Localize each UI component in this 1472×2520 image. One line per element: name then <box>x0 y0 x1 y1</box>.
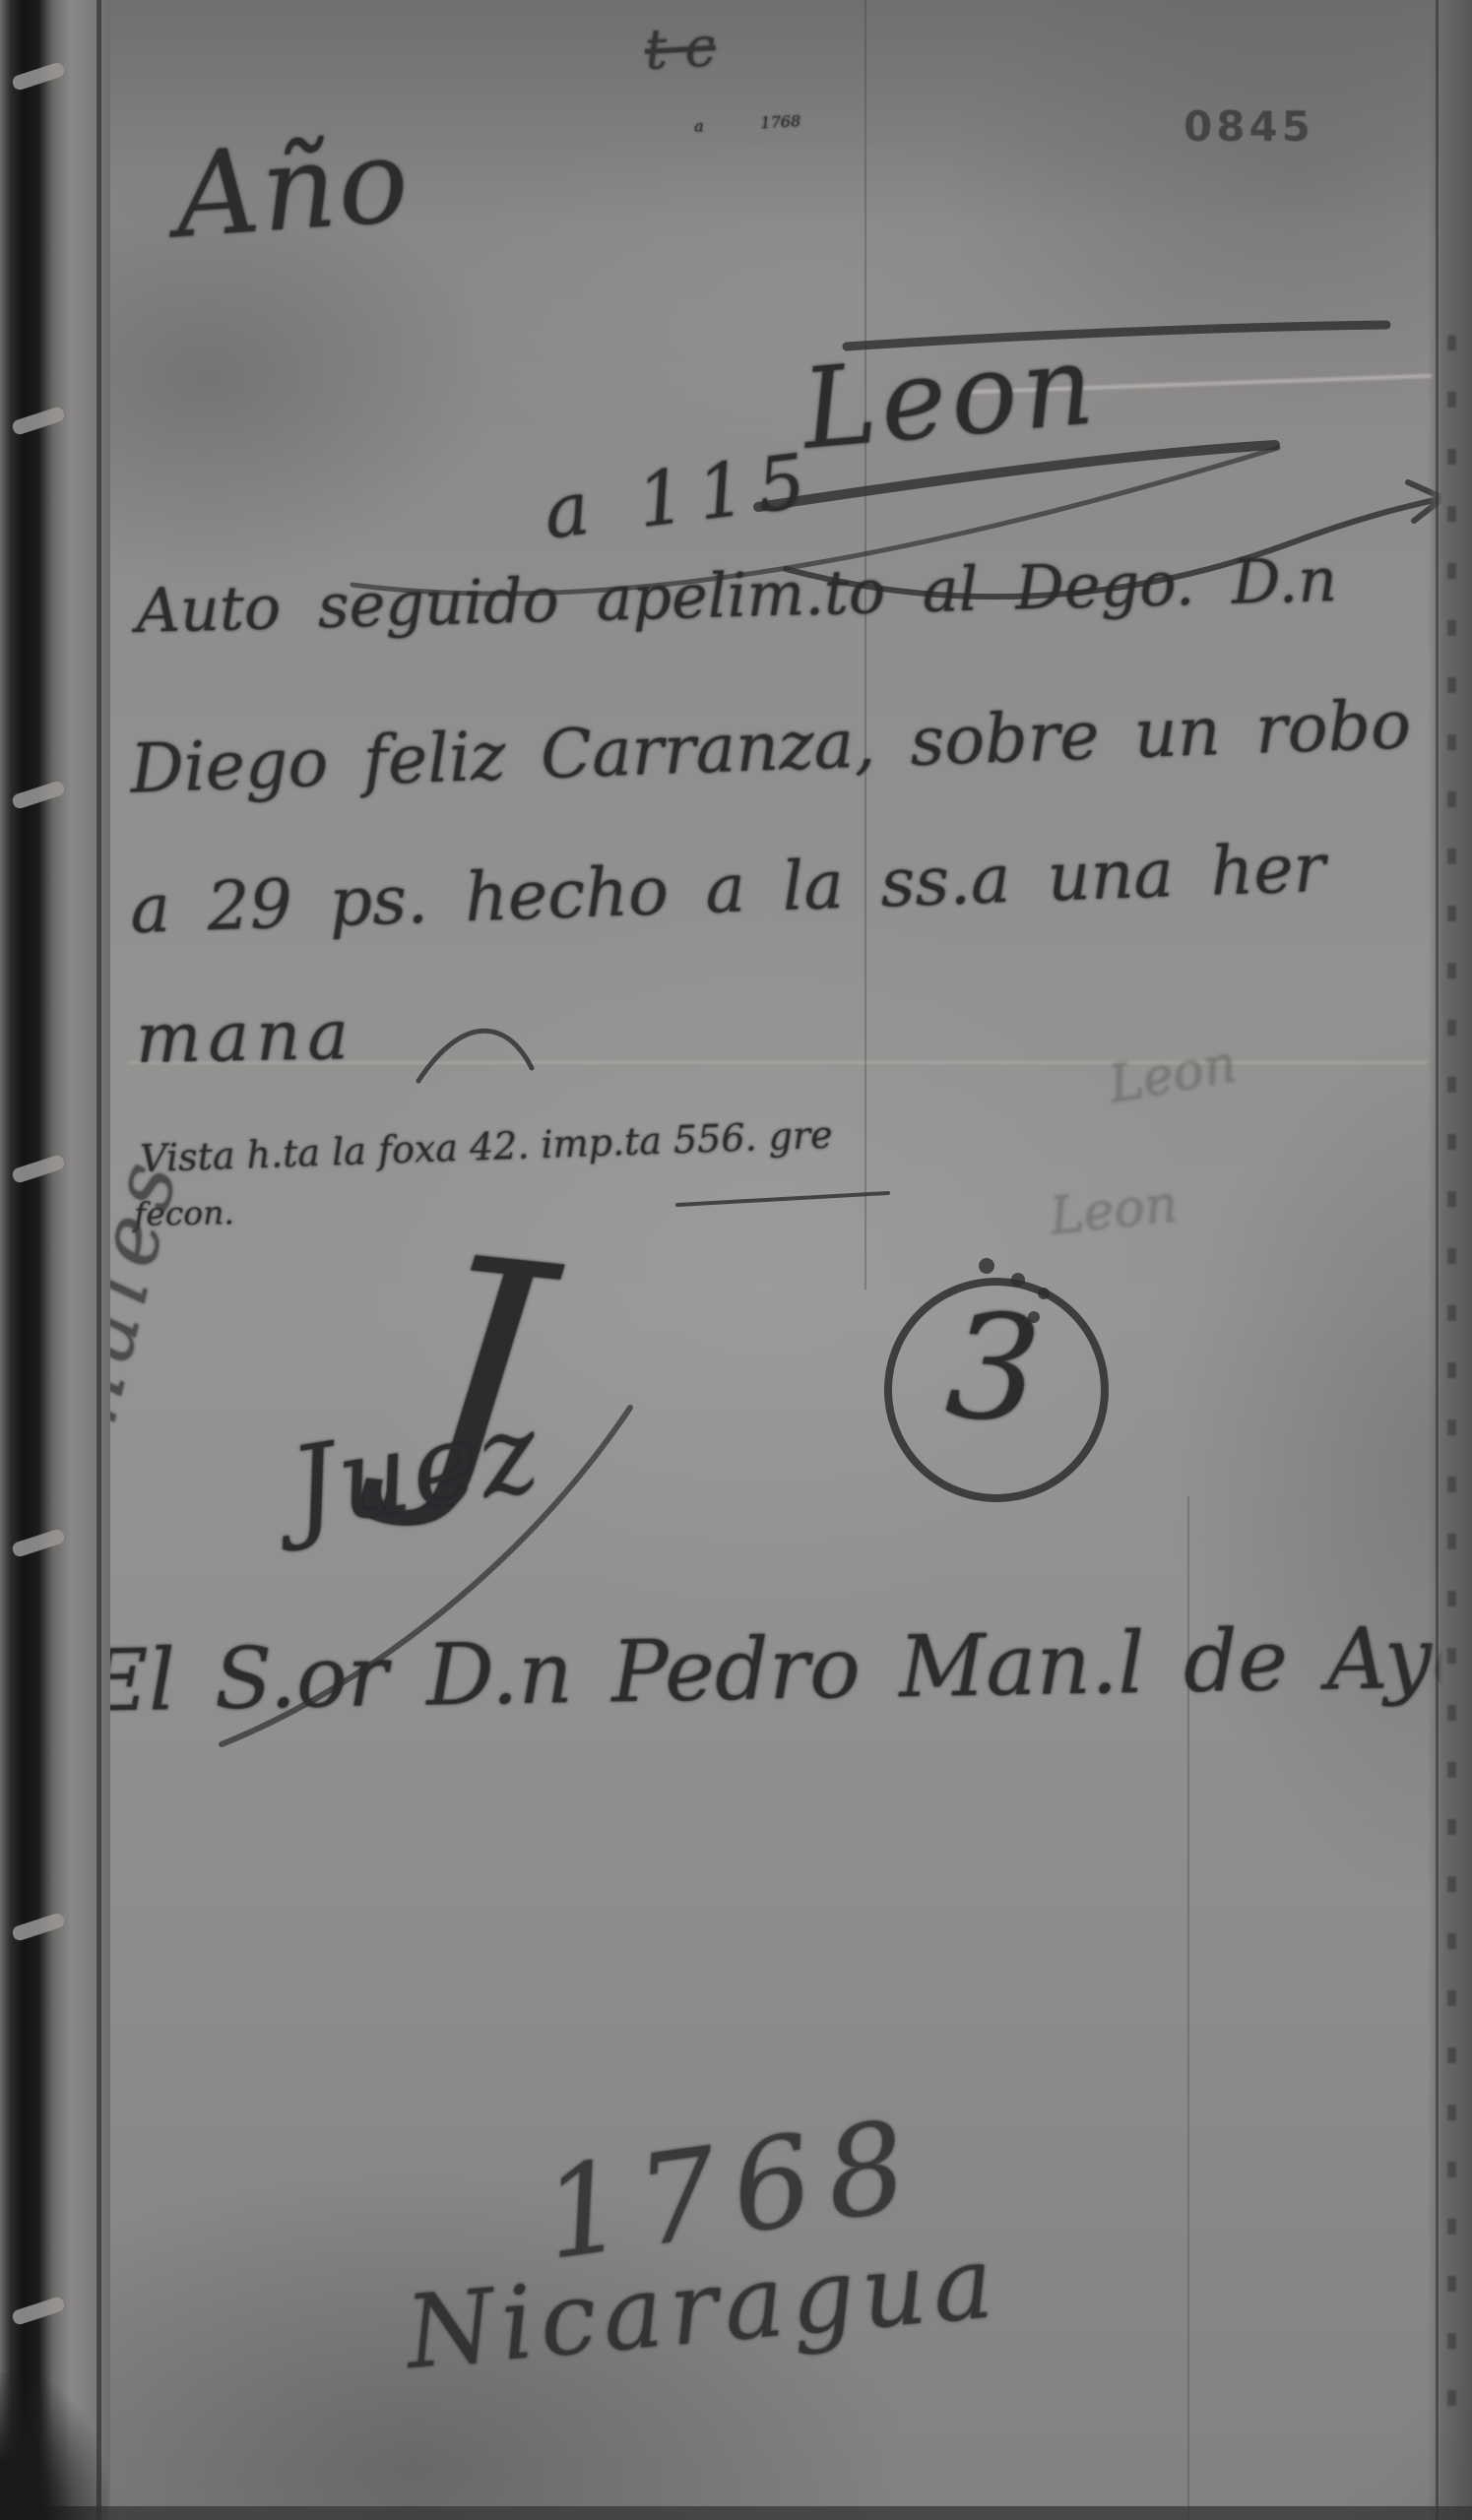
folio-number-stamp: 0845 <box>1184 106 1314 148</box>
top-margin-scribble: t c <box>644 20 718 79</box>
binding-stitch <box>11 61 66 92</box>
judge-name-line: El S.or D.n Pedro Man.l de Ayerdi- <box>86 1612 1472 1724</box>
right-edge-ink-marks <box>1447 335 1456 2441</box>
case-summary-line-4: mana <box>135 1000 355 1073</box>
place-heading: Leon <box>799 330 1103 466</box>
clerk-cost-note-line-1: Vista h.ta la foxa 42. imp.ta 556. gre <box>140 1116 834 1178</box>
bottom-place-name: Nicaragua <box>403 2233 1004 2384</box>
year-heading-word: Año <box>171 122 414 254</box>
spine-rule-line <box>96 0 101 2520</box>
binding-stitch <box>11 780 66 810</box>
binding-stitch <box>11 2296 66 2326</box>
binding-stitch <box>11 1912 66 1942</box>
vertical-fold-crease-top <box>864 0 866 1290</box>
year-heading-value: a 1768 <box>694 113 801 135</box>
bottom-edge-shadow <box>0 2506 1472 2520</box>
case-summary-line-1: Auto seguido apelim.to al Dego. D.n <box>135 549 1337 642</box>
binding-stitch <box>11 406 66 436</box>
ink-bleedthrough-word: Leon <box>1048 1178 1181 1242</box>
year-prefix-letter: a <box>694 118 704 134</box>
ink-bleedthrough-word: Leon <box>1105 1039 1240 1111</box>
case-summary-line-3: a 29 ps. hecho a la ss.a una her <box>129 836 1326 944</box>
bottom-left-corner-shadow <box>0 2372 108 2520</box>
case-summary-line-2: Diego feliz Carranza, sobre un robo <box>129 692 1412 803</box>
year-digits: 1768 <box>760 113 801 131</box>
binding-stitch <box>11 1528 66 1558</box>
amount-underline-stroke <box>677 1193 888 1205</box>
mana-tail-stroke <box>418 1031 532 1081</box>
manuscript-scan-page: t c 0845 Año a 1768 Leon a 115 Auto segu… <box>0 0 1472 2520</box>
book-binding-edge <box>0 0 110 2520</box>
right-edge-fold-line <box>1436 0 1439 2520</box>
binding-stitch <box>11 1154 66 1184</box>
folio-reference: a 115 <box>540 442 822 549</box>
circled-number: 3 <box>942 1292 1045 1444</box>
